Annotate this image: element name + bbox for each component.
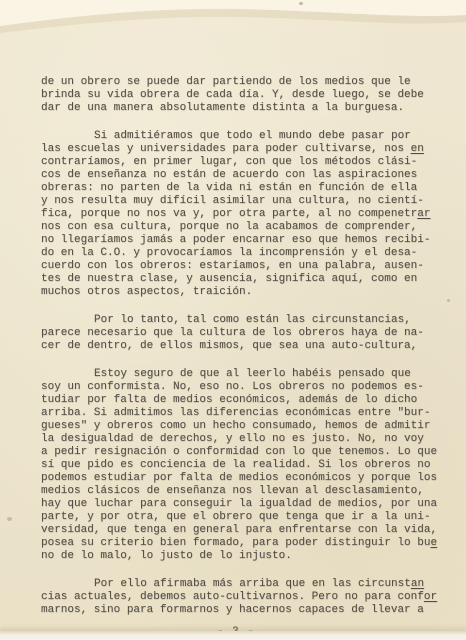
text-line: no llegaríamos jamás a poder encarnar es… — [41, 234, 449, 247]
text-line: cias actuales, debemos auto-cultivarnos.… — [41, 591, 449, 604]
text-segment: no llegaríamos jamás a poder encarnar es… — [41, 234, 430, 246]
text-segment: Por lo tanto, tal como están las circuns… — [94, 314, 411, 326]
text-segment: cuerdo con los obreros: estaríamos, en u… — [41, 260, 424, 272]
text-line: podemos estudiar por falta de medios eco… — [41, 472, 449, 485]
paragraph: Estoy seguro de que al leerlo habéis pen… — [41, 368, 449, 563]
text-segment: cias actuales, debemos auto-cultivarnos.… — [41, 591, 424, 603]
underlined-syllable: an — [411, 578, 424, 590]
text-line: contraríamos, en primer lugar, con que l… — [41, 156, 449, 169]
text-segment: de un obrero se puede dar partiendo de l… — [41, 76, 411, 88]
text-segment: do en la C.O. y provocaríamos la incompr… — [41, 247, 417, 259]
text-segment: marnos, sino para formarnos y hacernos c… — [41, 604, 424, 616]
text-line: parece necesario que la cultura de los o… — [41, 327, 449, 340]
text-segment: obreras: no parten de la vida ni están e… — [41, 182, 417, 194]
text-segment: contraríamos, en primer lugar, con que l… — [41, 156, 417, 168]
text-line: brinda su vida obrera de cada día. Y, de… — [41, 89, 449, 102]
text-segment: podemos estudiar por falta de medios eco… — [41, 472, 437, 484]
text-line: a pedir resignación o conformidad con lo… — [41, 446, 449, 459]
text-segment: sí que pido es conciencia de la realidad… — [41, 459, 430, 471]
underlined-syllable: or — [424, 591, 437, 603]
text-line: de un obrero se puede dar partiendo de l… — [41, 76, 449, 89]
text-segment: y nos resulta muy difícil asimilar una c… — [41, 195, 424, 207]
text-segment: fica, porque no nos va y, por otra parte… — [41, 208, 417, 220]
text-segment: gueses" y obreros como un hecho consumad… — [41, 420, 430, 432]
text-segment: versidad, que tenga en general para enfr… — [41, 524, 437, 536]
text-segment: tudiar por falta de medios económicos, a… — [41, 394, 417, 406]
underlined-syllable: en — [411, 143, 424, 155]
paragraphs: de un obrero se puede dar partiendo de l… — [41, 76, 449, 617]
text-segment: parte, y por otra, que el obrero que ten… — [41, 511, 430, 523]
text-line: Por ello afirmaba más arriba que en las … — [41, 578, 449, 591]
paper-speck — [299, 2, 303, 5]
typewritten-page: de un obrero se puede dar partiendo de l… — [0, 0, 466, 640]
paragraph: Por lo tanto, tal como están las circuns… — [41, 314, 449, 353]
text-line: dar de una manera absolutamente distinta… — [41, 102, 449, 115]
text-line: posea su criterio bien formado, para pod… — [41, 537, 449, 550]
text-line: medios clásicos de enseñanza nos llevan … — [41, 485, 449, 498]
text-line: obreras: no parten de la vida ni están e… — [41, 182, 449, 195]
text-segment: muchos otros aspectos, traición. — [41, 286, 252, 298]
text-segment: parece necesario que la cultura de los o… — [41, 327, 424, 339]
text-line: arriba. Si admitimos las diferencias eco… — [41, 407, 449, 420]
text-segment: no de lo malo, lo justo de lo injusto. — [41, 550, 292, 562]
text-line: versidad, que tenga en general para enfr… — [41, 524, 449, 537]
text-segment: tes de nuestra clase, y ausencia, signif… — [41, 273, 417, 285]
text-line: Por lo tanto, tal como están las circuns… — [41, 314, 449, 327]
text-segment: a pedir resignación o conformidad con lo… — [41, 446, 437, 458]
text-line: fica, porque no nos va y, por otra parte… — [41, 208, 449, 221]
text-segment: brinda su vida obrera de cada día. Y, de… — [41, 89, 424, 101]
text-segment: Si admitiéramos que todo el mundo debe p… — [94, 130, 411, 142]
text-line: no de lo malo, lo justo de lo injusto. — [41, 550, 449, 563]
text-line: do en la C.O. y provocaríamos la incompr… — [41, 247, 449, 260]
text-segment: posea su criterio bien formado, para pod… — [41, 537, 430, 549]
text-line: nos con esa cultura, porque no la acabam… — [41, 221, 449, 234]
text-segment: arriba. Si admitimos las diferencias eco… — [41, 407, 430, 419]
text-segment: cos de enseñanza no están de acuerdo con… — [41, 169, 417, 181]
text-line: tes de nuestra clase, y ausencia, signif… — [41, 273, 449, 286]
text-line: marnos, sino para formarnos y hacernos c… — [41, 604, 449, 617]
text-segment: hay que luchar para conseguir la igualda… — [41, 498, 437, 510]
text-segment: dar de una manera absolutamente distinta… — [41, 102, 404, 114]
underlined-syllable: ar — [417, 208, 430, 220]
paragraph: Por ello afirmaba más arriba que en las … — [41, 578, 449, 617]
paragraph: de un obrero se puede dar partiendo de l… — [41, 76, 449, 115]
paragraph: Si admitiéramos que todo el mundo debe p… — [41, 130, 449, 299]
underlined-syllable: e — [430, 537, 437, 549]
text-line: parte, y por otra, que el obrero que ten… — [41, 511, 449, 524]
text-segment: nos con esa cultura, porque no la acabam… — [41, 221, 417, 233]
text-line: soy un conformista. No, eso no. Los obre… — [41, 381, 449, 394]
text-line: Estoy seguro de que al leerlo habéis pen… — [41, 368, 449, 381]
text-line: hay que luchar para conseguir la igualda… — [41, 498, 449, 511]
text-segment: soy un conformista. No, eso no. Los obre… — [41, 381, 424, 393]
text-segment: Estoy seguro de que al leerlo habéis pen… — [94, 368, 411, 380]
text-segment: cer de dentro, de ellos mismos, que sea … — [41, 340, 417, 352]
text-line: muchos otros aspectos, traición. — [41, 286, 449, 299]
text-block: de un obrero se puede dar partiendo de l… — [41, 76, 449, 639]
text-line: gueses" y obreros como un hecho consumad… — [41, 420, 449, 433]
text-line: la desigualdad de derechos, y ello no es… — [41, 433, 449, 446]
text-segment: medios clásicos de enseñanza nos llevan … — [41, 485, 424, 497]
paper-bottom-edge — [0, 631, 466, 640]
text-line: cer de dentro, de ellos mismos, que sea … — [41, 340, 449, 353]
paper-speck — [7, 517, 12, 521]
text-segment: Por ello afirmaba más arriba que en las … — [94, 578, 411, 590]
text-segment: las escuelas y universidades para poder … — [41, 143, 411, 155]
paper-top-edge — [0, 0, 466, 42]
text-line: sí que pido es conciencia de la realidad… — [41, 459, 449, 472]
text-line: cuerdo con los obreros: estaríamos, en u… — [41, 260, 449, 273]
text-line: cos de enseñanza no están de acuerdo con… — [41, 169, 449, 182]
text-line: Si admitiéramos que todo el mundo debe p… — [41, 130, 449, 143]
text-segment: la desigualdad de derechos, y ello no es… — [41, 433, 424, 445]
text-line: las escuelas y universidades para poder … — [41, 143, 449, 156]
text-line: tudiar por falta de medios económicos, a… — [41, 394, 449, 407]
text-line: y nos resulta muy difícil asimilar una c… — [41, 195, 449, 208]
